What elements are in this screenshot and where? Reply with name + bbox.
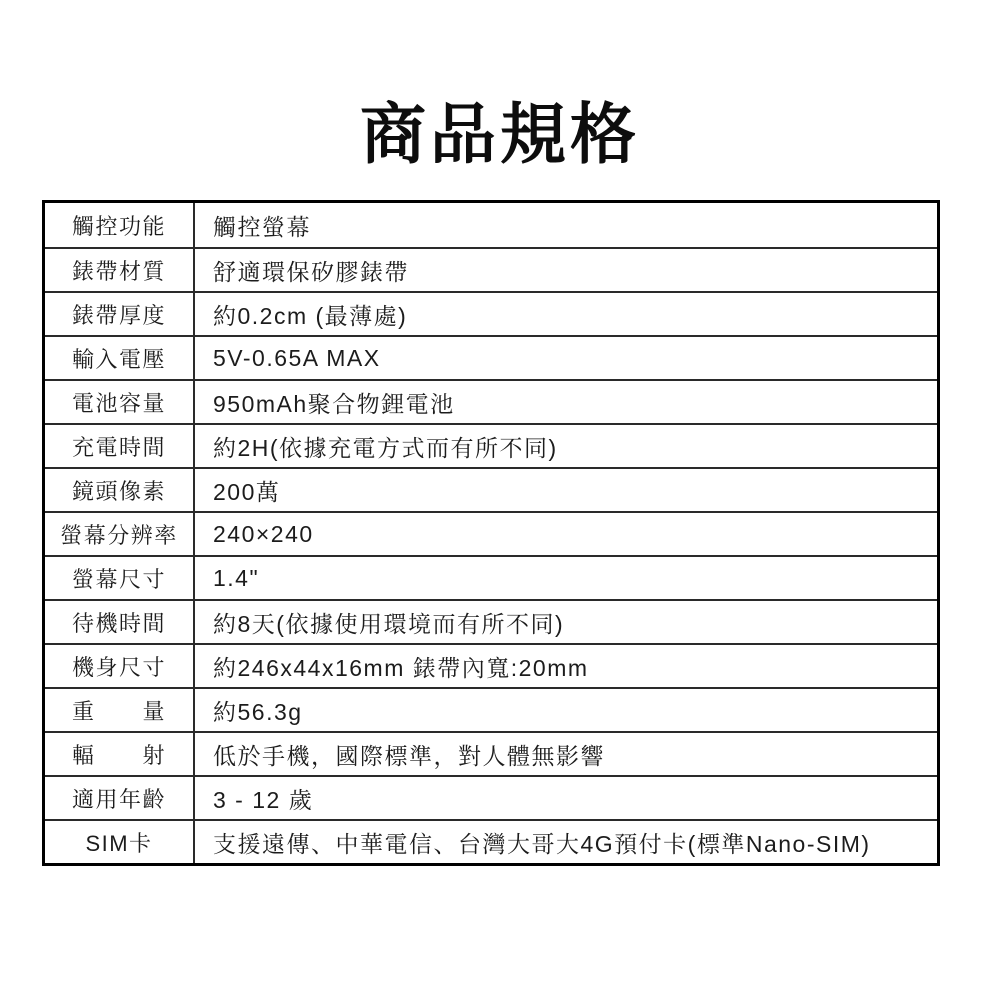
spec-value: 約56.3g xyxy=(195,689,937,731)
spec-label: 機身尺寸 xyxy=(45,645,195,687)
spec-value: 3 - 12 歲 xyxy=(195,777,937,819)
spec-table: 觸控功能 觸控螢幕 錶帶材質 舒適環保矽膠錶帶 錶帶厚度 約0.2cm (最薄處… xyxy=(42,200,940,866)
spec-value: 約8天(依據使用環境而有所不同) xyxy=(195,601,937,643)
spec-value: 低於手機，國際標準，對人體無影響 xyxy=(195,733,937,775)
table-row: 重 量 約56.3g xyxy=(45,687,937,731)
spec-label: 螢幕尺寸 xyxy=(45,557,195,599)
table-row: 輸入電壓 5V-0.65A MAX xyxy=(45,335,937,379)
table-row: 充電時間 約2H(依據充電方式而有所不同) xyxy=(45,423,937,467)
table-row: SIM卡 支援遠傳、中華電信、台灣大哥大4G預付卡(標準Nano-SIM) xyxy=(45,819,937,863)
spec-sheet-page: 商品規格 觸控功能 觸控螢幕 錶帶材質 舒適環保矽膠錶帶 錶帶厚度 約0.2cm… xyxy=(0,0,1000,1000)
spec-label: 輸入電壓 xyxy=(45,337,195,379)
table-row: 電池容量 950mAh聚合物鋰電池 xyxy=(45,379,937,423)
spec-value: 1.4" xyxy=(195,557,937,599)
spec-label: 鏡頭像素 xyxy=(45,469,195,511)
spec-label: SIM卡 xyxy=(45,821,195,863)
spec-label: 適用年齡 xyxy=(45,777,195,819)
spec-value: 約246x44x16mm 錶帶內寬:20mm xyxy=(195,645,937,687)
spec-label: 觸控功能 xyxy=(45,203,195,247)
spec-value: 200萬 xyxy=(195,469,937,511)
table-row: 待機時間 約8天(依據使用環境而有所不同) xyxy=(45,599,937,643)
spec-label: 重 量 xyxy=(45,689,195,731)
table-row: 螢幕分辨率 240×240 xyxy=(45,511,937,555)
spec-value: 觸控螢幕 xyxy=(195,203,937,247)
spec-value: 240×240 xyxy=(195,513,937,555)
table-row: 鏡頭像素 200萬 xyxy=(45,467,937,511)
table-row: 錶帶厚度 約0.2cm (最薄處) xyxy=(45,291,937,335)
table-row: 螢幕尺寸 1.4" xyxy=(45,555,937,599)
spec-value: 950mAh聚合物鋰電池 xyxy=(195,381,937,423)
page-title: 商品規格 xyxy=(0,98,1000,171)
spec-label: 電池容量 xyxy=(45,381,195,423)
table-row: 輻 射 低於手機，國際標準，對人體無影響 xyxy=(45,731,937,775)
table-row: 錶帶材質 舒適環保矽膠錶帶 xyxy=(45,247,937,291)
table-row: 適用年齡 3 - 12 歲 xyxy=(45,775,937,819)
table-row: 機身尺寸 約246x44x16mm 錶帶內寬:20mm xyxy=(45,643,937,687)
spec-value: 舒適環保矽膠錶帶 xyxy=(195,249,937,291)
spec-value: 約2H(依據充電方式而有所不同) xyxy=(195,425,937,467)
spec-label: 充電時間 xyxy=(45,425,195,467)
table-row: 觸控功能 觸控螢幕 xyxy=(45,203,937,247)
spec-label: 錶帶厚度 xyxy=(45,293,195,335)
spec-label: 錶帶材質 xyxy=(45,249,195,291)
spec-label: 螢幕分辨率 xyxy=(45,513,195,555)
spec-value: 5V-0.65A MAX xyxy=(195,337,937,379)
spec-label: 待機時間 xyxy=(45,601,195,643)
spec-value: 支援遠傳、中華電信、台灣大哥大4G預付卡(標準Nano-SIM) xyxy=(195,821,937,863)
spec-label: 輻 射 xyxy=(45,733,195,775)
spec-value: 約0.2cm (最薄處) xyxy=(195,293,937,335)
